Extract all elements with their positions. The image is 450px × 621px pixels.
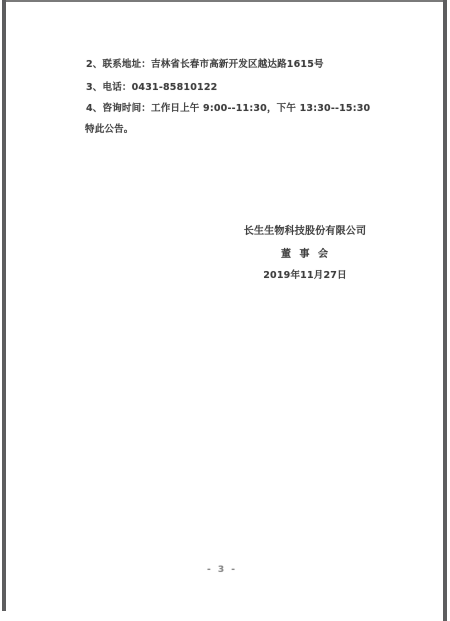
company-name: 长生生物科技股份有限公司 [177, 225, 433, 238]
consultation-hours-line: 4、咨询时间：工作日上午 9:00--11:30，下午 13:30--15:30 [86, 102, 370, 115]
contact-phone-line: 3、电话：0431-85810122 [86, 81, 217, 94]
scan-edge-left [2, 0, 6, 611]
page-number: - 3 - [0, 565, 444, 575]
scan-edge-top [2, 0, 447, 2]
document-page: 2、联系地址：吉林省长春市高新开发区越达路1615号 3、电话：0431-858… [0, 0, 450, 621]
board-of-directors: 董 事 会 [177, 248, 433, 261]
signature-date: 2019年11月27日 [177, 269, 433, 282]
scan-edge-right [443, 0, 447, 621]
signature-block: 长生生物科技股份有限公司 董 事 会 2019年11月27日 [177, 225, 433, 282]
contact-address-line: 2、联系地址：吉林省长春市高新开发区越达路1615号 [86, 58, 324, 71]
announcement-closing-line: 特此公告。 [85, 123, 134, 136]
